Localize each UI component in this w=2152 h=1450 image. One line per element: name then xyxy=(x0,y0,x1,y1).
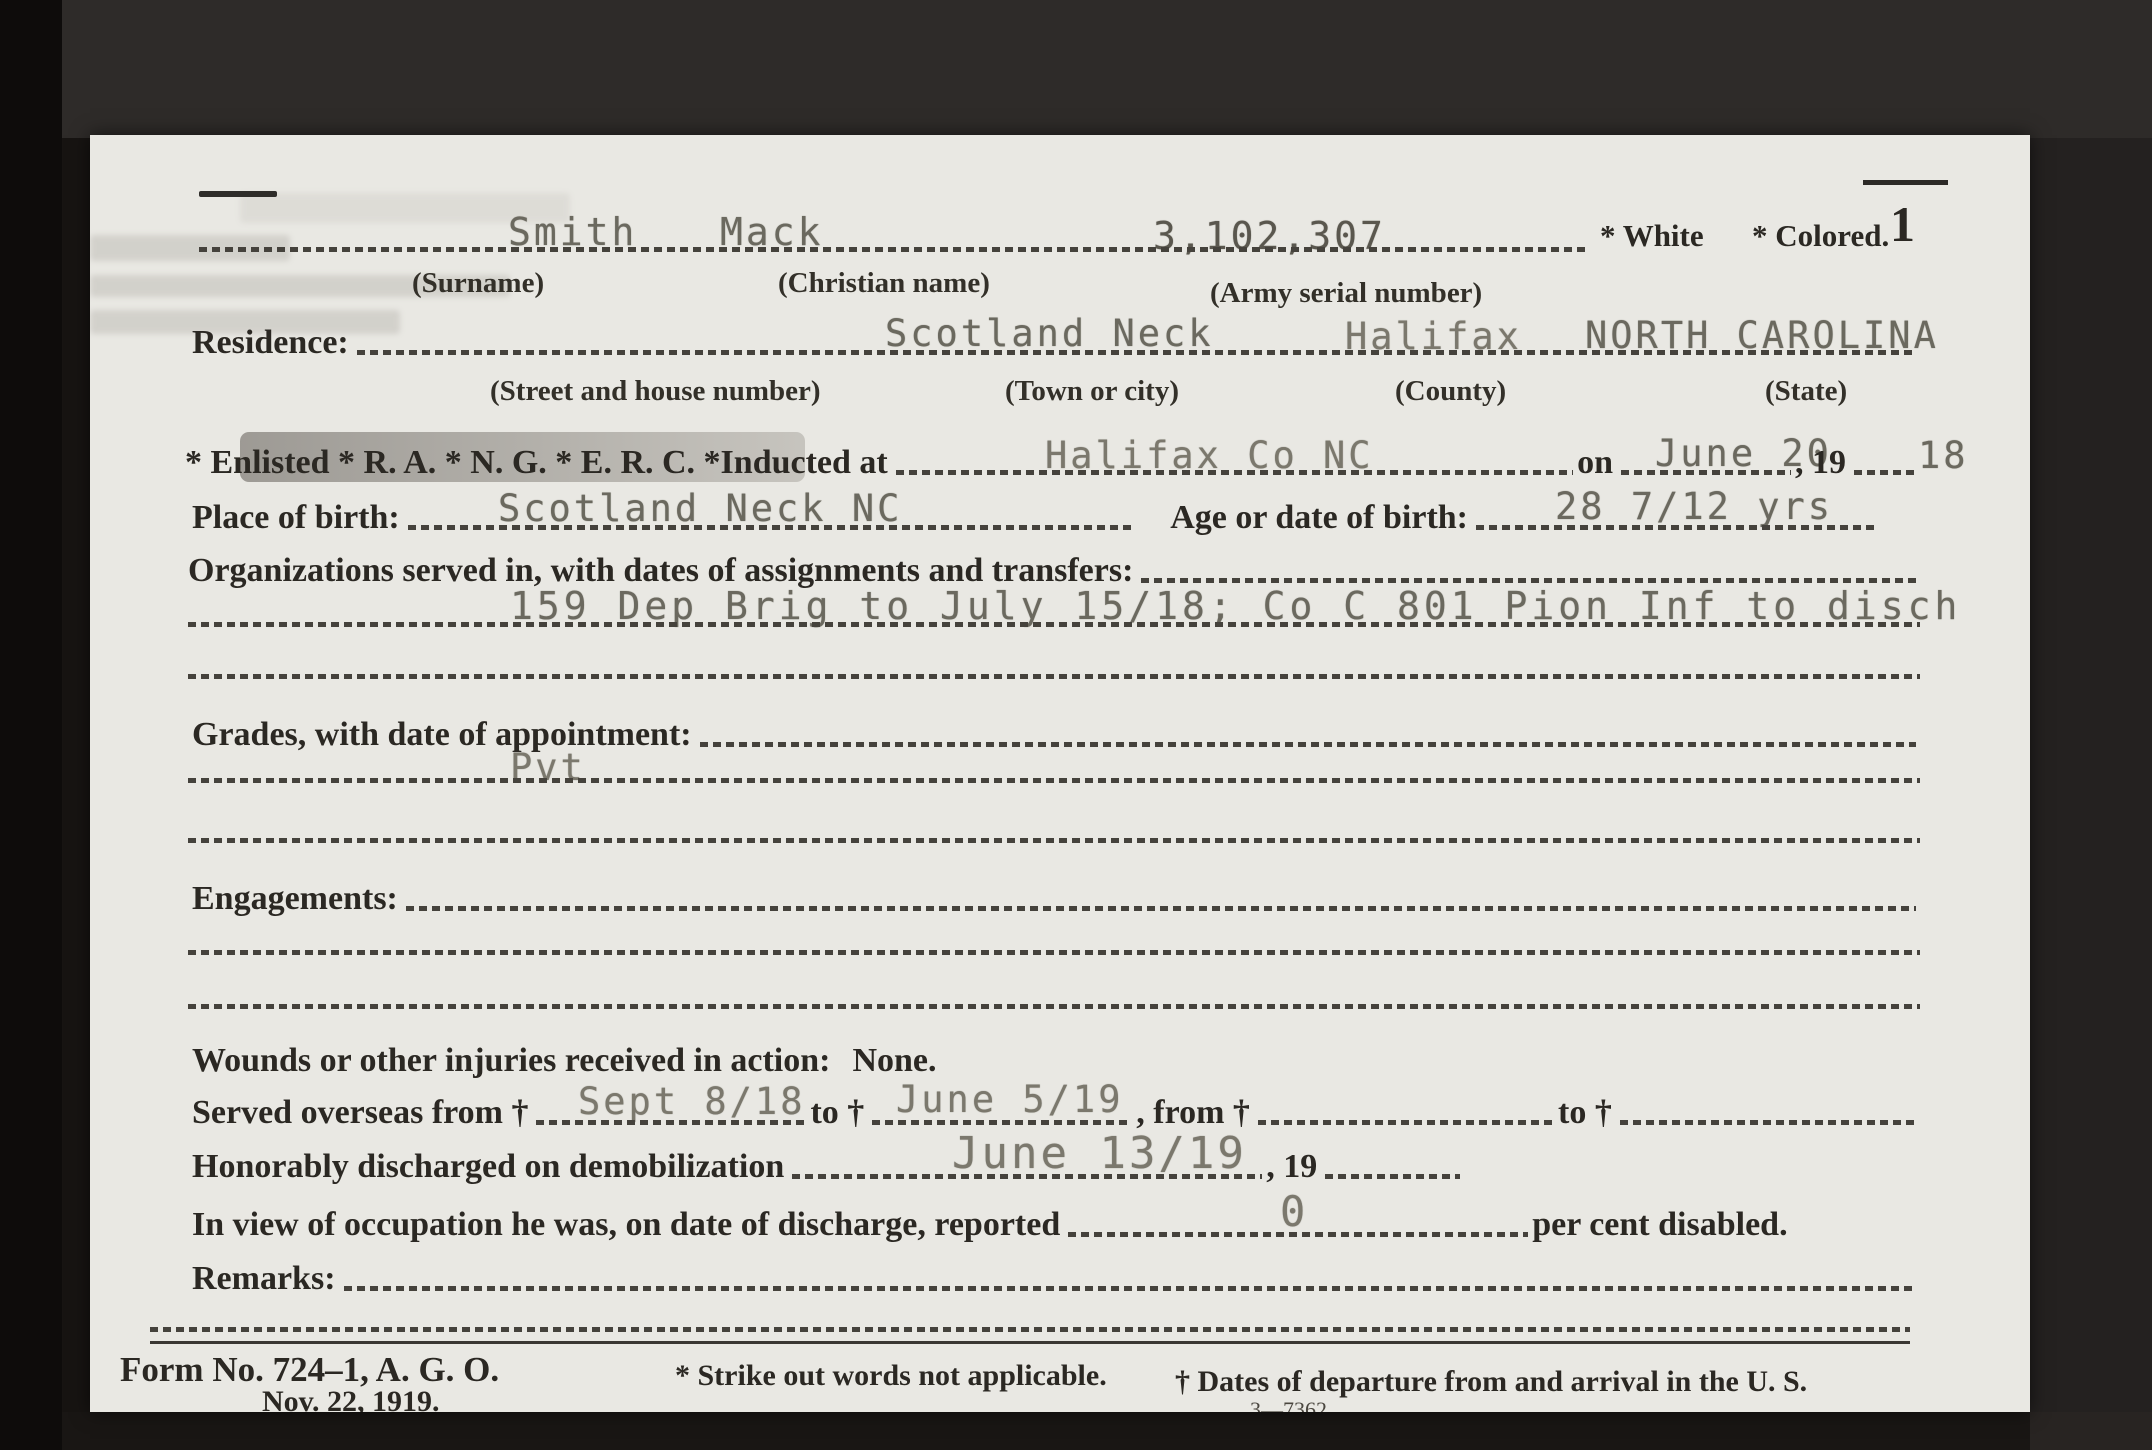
service-record-card: 1 Smith Mack 3,102,307 * White * Colored… xyxy=(90,135,2030,1412)
organizations-rule xyxy=(1141,578,1916,583)
street-caption: (Street and house number) xyxy=(490,375,821,408)
discharge-date-rule xyxy=(792,1174,1262,1179)
grades-blank-rule xyxy=(188,838,1920,843)
engagements-row: Engagements: xyxy=(192,880,1920,918)
birth-row: Place of birth: Age or date of birth: xyxy=(192,499,1880,537)
race-option-colored: * Colored. xyxy=(1752,218,1889,254)
wounds-label: Wounds or other injuries received in act… xyxy=(192,1042,830,1080)
discharge-year-prefix: , 19 xyxy=(1266,1148,1317,1186)
form-date: Nov. 22, 1919. xyxy=(262,1385,440,1412)
scan-edge-left xyxy=(0,0,62,1450)
state-caption: (State) xyxy=(1765,375,1847,408)
age-rule xyxy=(1476,525,1876,530)
wounds-row: Wounds or other injuries received in act… xyxy=(192,1042,937,1080)
tally-dash-mark xyxy=(199,191,277,197)
overseas-from2-label: , from † xyxy=(1136,1094,1250,1132)
serial-number-caption: (Army serial number) xyxy=(1210,277,1482,310)
organizations-blank-rule xyxy=(188,674,1920,679)
induction-date-rule xyxy=(1621,470,1791,475)
place-of-birth-label: Place of birth: xyxy=(192,499,400,537)
overseas-to2-label: to † xyxy=(1558,1094,1612,1132)
print-code: 3—7362 xyxy=(1250,1397,1327,1412)
disability-suffix-label: per cent disabled. xyxy=(1532,1206,1787,1244)
county-caption: (County) xyxy=(1395,375,1506,408)
scanned-card-photo: 1 Smith Mack 3,102,307 * White * Colored… xyxy=(0,0,2152,1450)
disability-row: In view of occupation he was, on date of… xyxy=(192,1206,1788,1244)
footer-dotted-rule xyxy=(150,1327,1910,1332)
year-prefix-label: , 19 xyxy=(1795,444,1846,482)
overseas-dates-note: † Dates of departure from and arrival in… xyxy=(1175,1365,1807,1399)
scan-background-top xyxy=(60,0,2152,138)
christian-name-caption: (Christian name) xyxy=(778,267,990,300)
wounds-value: None. xyxy=(852,1042,936,1080)
town-caption: (Town or city) xyxy=(1005,375,1179,408)
overseas-to-label: to † xyxy=(810,1094,864,1132)
residence-rule xyxy=(357,350,1916,355)
strike-out-note: * Strike out words not applicable. xyxy=(675,1359,1107,1393)
overseas-from2-rule xyxy=(1258,1120,1554,1125)
surname-caption: (Surname) xyxy=(412,267,544,300)
overseas-from-label: Served overseas from † xyxy=(192,1094,528,1132)
form-number: Form No. 724–1, A. G. O. xyxy=(120,1350,499,1390)
overseas-to2-rule xyxy=(1620,1120,1916,1125)
scan-background-bottom xyxy=(62,1412,2152,1450)
remarks-row: Remarks: xyxy=(192,1260,1920,1298)
engagements-label: Engagements: xyxy=(192,880,398,918)
name-rule xyxy=(199,247,1585,252)
disability-rule xyxy=(1068,1232,1528,1237)
age-label: Age or date of birth: xyxy=(1170,499,1468,537)
footer-solid-rule xyxy=(150,1341,1910,1344)
residence-label: Residence: xyxy=(192,324,349,362)
page-number: 1 xyxy=(1890,195,1915,253)
residence-row: Residence: xyxy=(192,324,1920,362)
on-label: on xyxy=(1577,444,1613,482)
organizations-entry-rule xyxy=(188,622,1920,627)
scan-corner-patch xyxy=(2030,1412,2152,1450)
disability-prefix-label: In view of occupation he was, on date of… xyxy=(192,1206,1060,1244)
engagements-blank-rule-2 xyxy=(188,1004,1920,1009)
discharge-label: Honorably discharged on demobilization xyxy=(192,1148,784,1186)
overseas-row: Served overseas from † to † , from † to … xyxy=(192,1094,1920,1132)
induction-year-rule xyxy=(1854,470,1916,475)
discharge-year-rule xyxy=(1325,1174,1460,1179)
scan-background-right xyxy=(2030,138,2152,1412)
birth-place-rule xyxy=(408,525,1137,530)
overseas-from-rule xyxy=(536,1120,806,1125)
grades-label: Grades, with date of appointment: xyxy=(192,716,692,754)
induction-row: * Enlisted * R. A. * N. G. * E. R. C. *I… xyxy=(185,444,1920,482)
remarks-label: Remarks: xyxy=(192,1260,336,1298)
discharge-row: Honorably discharged on demobilization ,… xyxy=(192,1148,1464,1186)
page-number-overline xyxy=(1863,180,1948,185)
remarks-rule xyxy=(344,1286,1916,1291)
inducted-place-rule xyxy=(896,470,1573,475)
engagements-rule xyxy=(406,906,1916,911)
enlisted-inducted-label: * Enlisted * R. A. * N. G. * E. R. C. *I… xyxy=(185,444,888,482)
overseas-to-rule xyxy=(872,1120,1132,1125)
race-option-white: * White xyxy=(1600,218,1704,254)
grades-row: Grades, with date of appointment: xyxy=(192,716,1920,754)
induction-year-value: 18 xyxy=(1918,434,1969,477)
grades-rule xyxy=(700,742,1916,747)
grades-entry-rule xyxy=(188,778,1920,783)
engagements-blank-rule-1 xyxy=(188,950,1920,955)
